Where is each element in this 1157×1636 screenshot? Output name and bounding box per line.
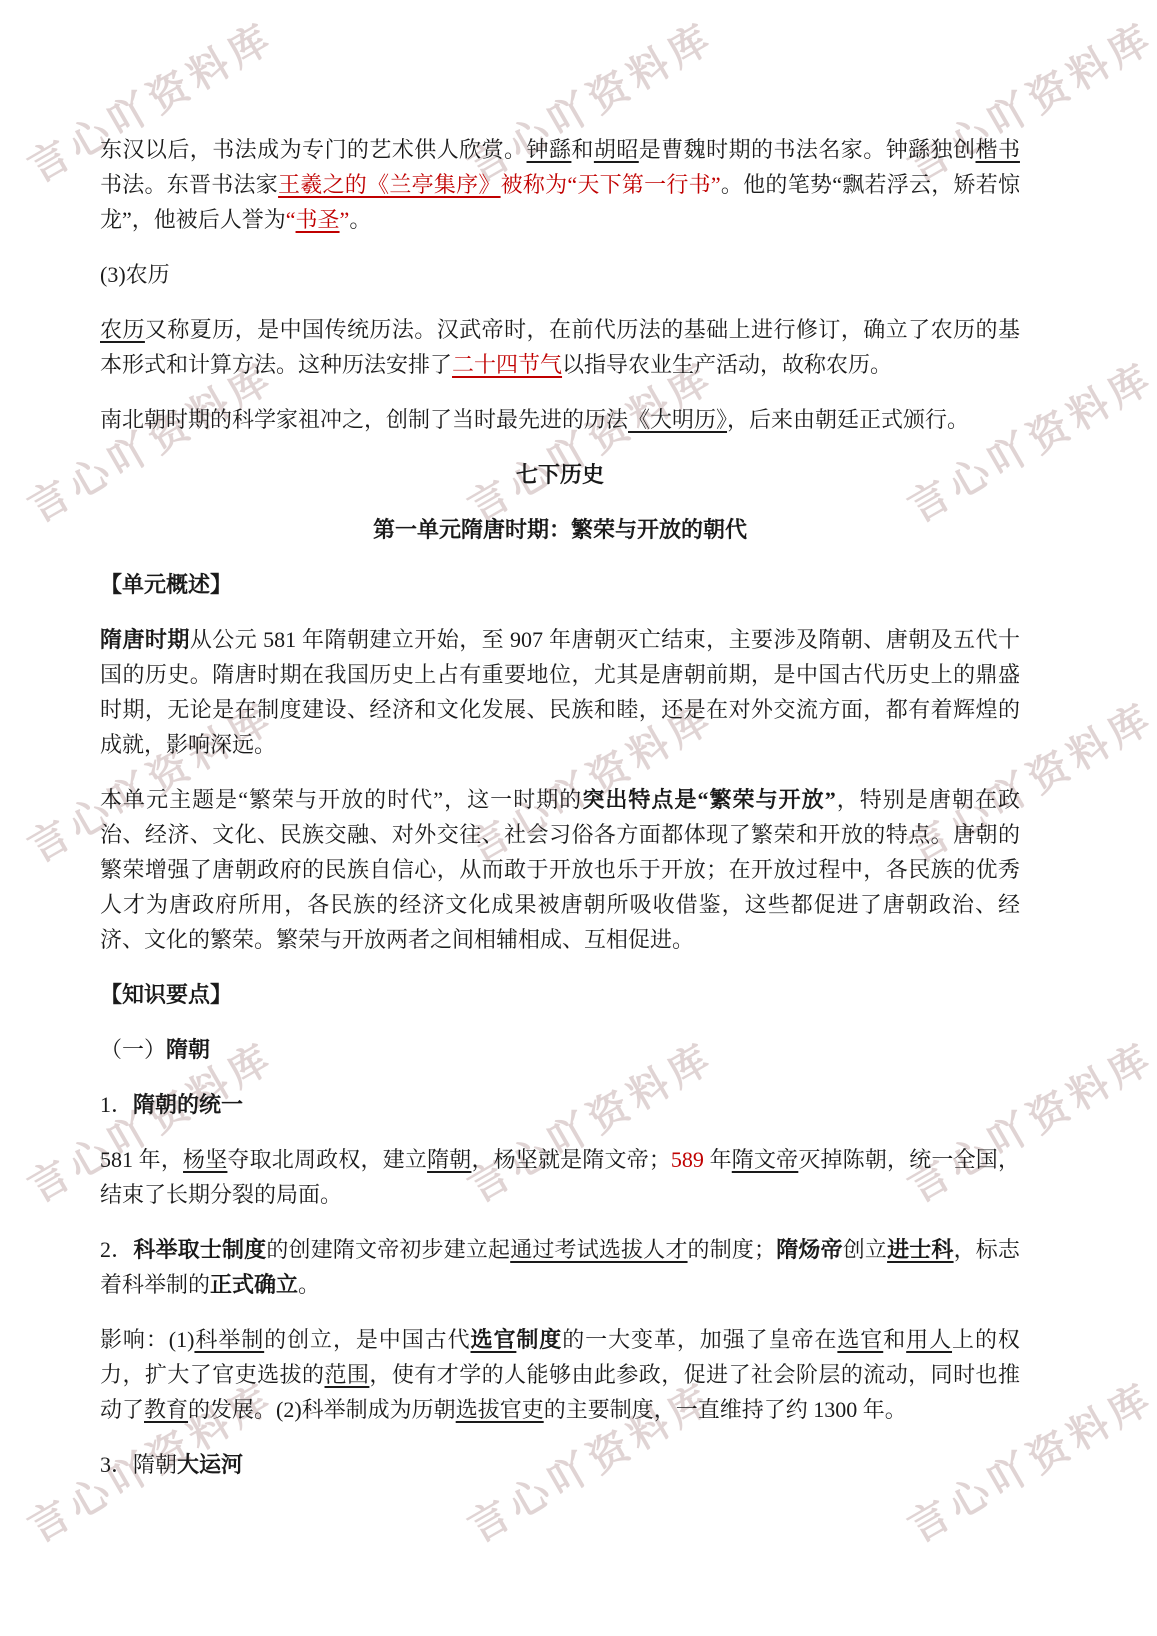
text-run: 。	[298, 1272, 320, 1297]
text-run: 用人	[906, 1327, 952, 1352]
text-run: ，后来由朝廷正式颁行。	[727, 407, 969, 432]
text-run: ”	[340, 207, 350, 232]
text-run: 第一单元隋唐时期：繁荣与开放的朝代	[373, 517, 747, 542]
text-run: 和	[571, 137, 593, 162]
text-run: 科举取士制度	[133, 1237, 266, 1262]
text-run: 隋文帝	[732, 1147, 799, 1172]
para-unit-theme: 本单元主题是“繁荣与开放的时代”，这一时期的突出特点是“繁荣与开放”，特别是唐朝…	[100, 782, 1020, 957]
text-run: 被称为“天下第一行书”	[501, 172, 721, 197]
text-run: 的创建隋文帝初步建立起	[266, 1237, 510, 1262]
text-run: 的一大变革，加强了皇帝在	[562, 1327, 837, 1352]
text-run: 七下历史	[516, 462, 604, 487]
text-run: 581 年，	[100, 1147, 183, 1172]
text-run: 【单元概述】	[100, 572, 232, 597]
text-run: “	[286, 207, 296, 232]
text-run: 楷书	[976, 137, 1020, 162]
para-lunar-calendar: 农历又称夏历，是中国传统历法。汉武帝时，在前代历法的基础上进行修订，确立了农历的…	[100, 312, 1020, 382]
text-run: 进士科	[887, 1237, 954, 1262]
text-run: 书圣	[296, 207, 340, 232]
heading-course-title: 七下历史	[100, 457, 1020, 492]
text-run: 创立	[843, 1237, 887, 1262]
para-imperial-exam-creation: 2．科举取士制度的创建隋文帝初步建立起通过考试选拔人才的制度；隋炀帝创立进士科，…	[100, 1232, 1020, 1302]
text-run: 选官	[471, 1327, 517, 1352]
text-run: 的发展。(2)科举制成为历朝	[188, 1397, 456, 1422]
document-page: 言心吖资料库言心吖资料库言心吖资料库言心吖资料库言心吖资料库言心吖资料库言心吖资…	[0, 0, 1157, 1636]
text-run: 选官	[837, 1327, 883, 1352]
text-run: 影响：(1)	[100, 1327, 194, 1352]
heading-unit-title: 第一单元隋唐时期：繁荣与开放的朝代	[100, 512, 1020, 547]
heading-sui-unification: 1．隋朝的统一	[100, 1087, 1020, 1122]
text-run: 589	[671, 1147, 704, 1172]
text-run: 【知识要点】	[100, 982, 232, 1007]
text-run: 南北朝时期的科学家祖冲之，创制了当时最先进的历法	[100, 407, 628, 432]
text-run: 《大明历》	[628, 407, 727, 432]
text-run: 选拔官吏	[456, 1397, 544, 1422]
text-run: 3．隋朝	[100, 1452, 177, 1477]
text-run: 以指导农业生产活动，故称农历。	[562, 352, 892, 377]
heading-sui-dynasty: （一）隋朝	[100, 1032, 1020, 1067]
text-run: 大运河	[177, 1452, 243, 1477]
text-run: 书法。东晋书法家	[100, 172, 278, 197]
text-run: 夺取北周政权，建立	[227, 1147, 427, 1172]
para-daminghli: 南北朝时期的科学家祖冲之，创制了当时最先进的历法《大明历》，后来由朝廷正式颁行。	[100, 402, 1020, 437]
text-run: 2．	[100, 1237, 133, 1262]
para-calligraphy: 东汉以后，书法成为专门的艺术供人欣赏。钟繇和胡昭是曹魏时期的书法名家。钟繇独创楷…	[100, 132, 1020, 237]
text-run: 钟繇	[527, 137, 572, 162]
text-run: 年	[704, 1147, 732, 1172]
text-run: 农历	[100, 317, 145, 342]
document-body: 东汉以后，书法成为专门的艺术供人欣赏。钟繇和胡昭是曹魏时期的书法名家。钟繇独创楷…	[0, 0, 1157, 1542]
text-run: 王羲之的《兰亭集序》	[278, 172, 501, 197]
text-run: 正式确立	[210, 1272, 298, 1297]
heading-grand-canal: 3．隋朝大运河	[100, 1447, 1020, 1482]
text-run: 科举制	[194, 1327, 264, 1352]
heading-unit-overview: 【单元概述】	[100, 567, 1020, 602]
text-run: 通过考试选拔人才	[510, 1237, 687, 1262]
text-run: 东汉以后，书法成为专门的艺术供人欣赏。	[100, 137, 527, 162]
text-run: 隋朝	[166, 1037, 210, 1062]
text-run: 隋朝的统一	[133, 1092, 243, 1117]
text-run: 的制度；	[688, 1237, 777, 1262]
text-run: 胡昭	[594, 137, 639, 162]
text-run: 突出特点是“繁荣与开放”	[582, 787, 835, 812]
text-run: 隋朝	[427, 1147, 471, 1172]
text-run: （一）	[100, 1037, 166, 1062]
text-run: 本单元主题是“繁荣与开放的时代”，这一时期的	[100, 787, 582, 812]
text-run: 隋唐时期	[100, 627, 190, 652]
text-run: 制度	[516, 1327, 562, 1352]
text-run: 二十四节气	[452, 352, 562, 377]
text-run: 隋炀帝	[776, 1237, 843, 1262]
text-run: 的创立，是中国古代	[264, 1327, 470, 1352]
text-run: 1．	[100, 1092, 133, 1117]
text-run: ，杨坚就是隋文帝；	[471, 1147, 670, 1172]
heading-key-points: 【知识要点】	[100, 977, 1020, 1012]
text-run: 从公元 581 年隋朝建立开始，至 907 年唐朝灭亡结束，主要涉及隋朝、唐朝及…	[100, 627, 1020, 757]
text-run: 。	[349, 207, 371, 232]
text-run: 范围	[325, 1362, 370, 1387]
text-run: 是曹魏时期的书法名家。钟繇独创	[639, 137, 976, 162]
para-imperial-exam-impact: 影响：(1)科举制的创立，是中国古代选官制度的一大变革，加强了皇帝在选官和用人上…	[100, 1322, 1020, 1427]
para-sui-unification: 581 年，杨坚夺取北周政权，建立隋朝，杨坚就是隋文帝；589 年隋文帝灭掉陈朝…	[100, 1142, 1020, 1212]
text-run: (3)农历	[100, 262, 170, 287]
text-run: 教育	[144, 1397, 188, 1422]
text-run: 的主要制度，一直维持了约 1300 年。	[544, 1397, 907, 1422]
text-run: 杨坚	[183, 1147, 227, 1172]
heading-lunar-calendar: (3)农历	[100, 257, 1020, 292]
text-run: 和	[883, 1327, 906, 1352]
para-sui-tang-period: 隋唐时期从公元 581 年隋朝建立开始，至 907 年唐朝灭亡结束，主要涉及隋朝…	[100, 622, 1020, 762]
